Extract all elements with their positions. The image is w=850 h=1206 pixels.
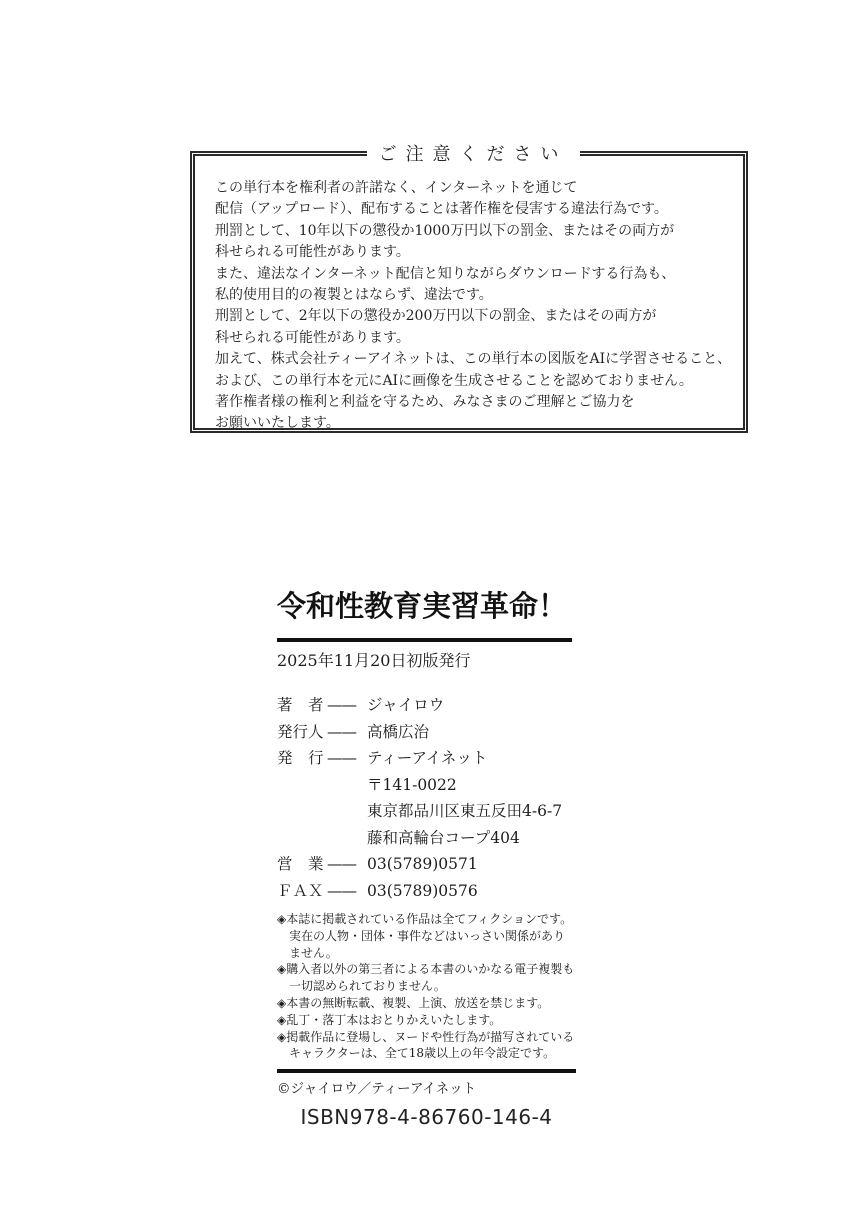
- note-electronic-copy: ◈購入者以外の第三者による本書のいかなる電子複製も一切認められておりません。: [277, 961, 576, 995]
- notice-line: 科せられる可能性があります。: [215, 328, 731, 349]
- note-defective-copies: ◈乱丁・落丁本はおとりかえいたします。: [277, 1012, 576, 1029]
- publisher-address: 東京都品川区東五反田4-6-7: [277, 798, 576, 825]
- notice-line: および、この単行本を元にAIに画像を生成させることを認めておりません。: [215, 371, 731, 392]
- book-title: 令和性教育実習革命！: [277, 588, 576, 624]
- notice-line: お願いいたします。: [215, 413, 731, 434]
- credits-list: 著 者 —— ジャイロウ 発行人 —— 高橋広治 発 行 —— ティーアイネット…: [277, 692, 576, 904]
- diamond-bullet-icon: ◈: [277, 1013, 286, 1027]
- credit-row-publisher: 発 行 —— ティーアイネット: [277, 745, 576, 772]
- diamond-bullet-icon: ◈: [277, 912, 286, 926]
- note-text: 購入者以外の第三者による本書のいかなる電子複製も一切認められておりません。: [286, 962, 574, 993]
- title-divider-rule: [277, 638, 572, 642]
- publisher-address-2: 藤和高輪台コープ404: [277, 825, 576, 852]
- note-age-statement: ◈掲載作品に登場し、ヌードや性行為が描写されているキャラクターは、全て18歳以上…: [277, 1029, 576, 1063]
- colophon-block: 令和性教育実習革命！ 2025年11月20日初版発行 著 者 —— ジャイロウ …: [277, 588, 576, 1129]
- notice-line: 配信（アップロード）、配布することは著作権を侵害する違法行為です。: [215, 199, 731, 220]
- credit-label: ＦＡＸ: [277, 878, 327, 905]
- note-text: 本書の無断転載、複製、上演、放送を禁じます。: [286, 996, 549, 1010]
- dash-separator: ——: [327, 745, 367, 772]
- diamond-bullet-icon: ◈: [277, 962, 286, 976]
- notice-line: 刑罰として、10年以下の懲役か1000万円以下の罰金、またはその両方が: [215, 221, 731, 242]
- diamond-bullet-icon: ◈: [277, 996, 286, 1010]
- credit-row-author: 著 者 —— ジャイロウ: [277, 692, 576, 719]
- credit-label: 発 行: [277, 745, 327, 772]
- notice-line: 私的使用目的の複製とはならず、違法です。: [215, 285, 731, 306]
- credit-value: 03(5789)0571: [367, 851, 478, 878]
- credit-row-fax: ＦＡＸ —— 03(5789)0576: [277, 878, 576, 905]
- note-text: 乱丁・落丁本はおとりかえいたします。: [286, 1013, 501, 1027]
- colophon-page: ご注意ください この単行本を権利者の許諾なく、インターネットを通じて 配信（アッ…: [0, 0, 850, 1206]
- dash-separator: ——: [327, 878, 367, 905]
- copyright-notice-box: ご注意ください この単行本を権利者の許諾なく、インターネットを通じて 配信（アッ…: [190, 140, 748, 433]
- credit-value: ジャイロウ: [367, 692, 444, 719]
- dash-separator: ——: [327, 719, 367, 746]
- credit-row-publisher-person: 発行人 —— 高橋広治: [277, 719, 576, 746]
- credit-value: 03(5789)0576: [367, 878, 478, 905]
- legal-notes-list: ◈本誌に掲載されている作品は全てフィクションです。実在の人物・団体・事件などはい…: [277, 911, 576, 1062]
- footer-divider-rule: [277, 1069, 576, 1073]
- notice-line: 刑罰として、2年以下の懲役か200万円以下の罰金、またはその両方が: [215, 306, 731, 327]
- copyright-line: ©ジャイロウ／ティーアイネット: [277, 1080, 576, 1098]
- credit-value: 高橋広治: [367, 719, 429, 746]
- notice-line: 加えて、株式会社ティーアイネットは、この単行本の図版をAIに学習させること、: [215, 349, 731, 370]
- notice-body: この単行本を権利者の許諾なく、インターネットを通じて 配信（アップロード）、配布…: [215, 178, 731, 435]
- credit-row-sales-phone: 営 業 —— 03(5789)0571: [277, 851, 576, 878]
- notice-title: ご注意ください: [367, 140, 580, 166]
- dash-separator: ——: [327, 851, 367, 878]
- credit-label: 著 者: [277, 692, 327, 719]
- publisher-postal-code: 〒141-0022: [277, 772, 576, 799]
- notice-line: また、違法なインターネット配信と知りながらダウンロードする行為も、: [215, 264, 731, 285]
- note-reproduction-ban: ◈本書の無断転載、複製、上演、放送を禁じます。: [277, 995, 576, 1012]
- credit-value: ティーアイネット: [367, 745, 487, 772]
- credit-label: 発行人: [277, 719, 327, 746]
- notice-line: 科せられる可能性があります。: [215, 242, 731, 263]
- note-text: 本誌に掲載されている作品は全てフィクションです。実在の人物・団体・事件などはいっ…: [286, 912, 572, 960]
- note-fiction-disclaimer: ◈本誌に掲載されている作品は全てフィクションです。実在の人物・団体・事件などはい…: [277, 911, 576, 961]
- edition-date: 2025年11月20日初版発行: [277, 650, 576, 672]
- credit-label: 営 業: [277, 851, 327, 878]
- diamond-bullet-icon: ◈: [277, 1030, 286, 1044]
- isbn-number: ISBN978-4-86760-146-4: [277, 1105, 576, 1129]
- note-text: 掲載作品に登場し、ヌードや性行為が描写されているキャラクターは、全て18歳以上の…: [286, 1030, 574, 1061]
- notice-line: この単行本を権利者の許諾なく、インターネットを通じて: [215, 178, 731, 199]
- notice-line: 著作権者様の権利と利益を守るため、みなさまのご理解とご協力を: [215, 392, 731, 413]
- dash-separator: ——: [327, 692, 367, 719]
